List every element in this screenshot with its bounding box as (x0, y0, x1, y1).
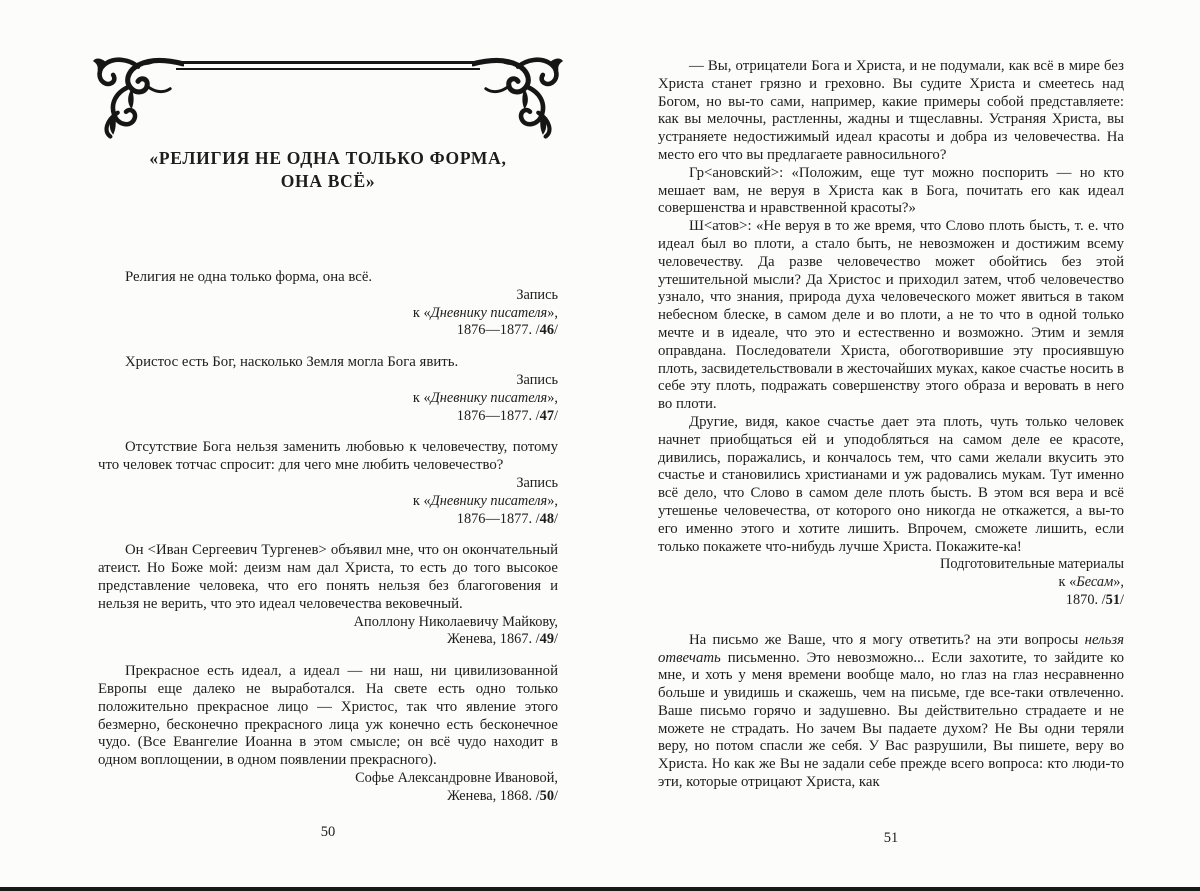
source-line: Подготовительные материалы (658, 556, 1124, 574)
text-segment: / (554, 788, 558, 804)
text-segment: Дневнику писателя (431, 305, 548, 321)
text-segment: », (547, 305, 558, 321)
paragraph: — Вы, отрицатели Бога и Христа, и не под… (658, 58, 1124, 165)
floral-corner-left-icon (92, 55, 184, 139)
source-line: к «Бесам», (658, 574, 1124, 592)
text-segment: 1876—1877. / (457, 322, 540, 338)
text-segment: », (1113, 574, 1124, 590)
text-segment: / (554, 322, 558, 338)
quote-block: Религия не одна только форма, она всё.За… (98, 269, 558, 340)
quote-source: Аполлону Николаевичу Майкову,Женева, 186… (98, 614, 558, 650)
source-line: Запись (98, 287, 558, 305)
chapter-title: «РЕЛИГИЯ НЕ ОДНА ТОЛЬКО ФОРМА, ОНА ВСЁ» (98, 147, 558, 193)
text-segment: Софье Александровне Ивановой, (355, 770, 558, 786)
text-segment: Запись (516, 287, 558, 303)
text-segment: / (554, 511, 558, 527)
quote-block: Христос есть Бог, насколько Земля могла … (98, 354, 558, 425)
text-segment: / (554, 408, 558, 424)
text-segment: к « (413, 390, 431, 406)
quote-source: Записьк «Дневнику писателя»,1876—1877. /… (98, 475, 558, 528)
quote-source: Подготовительные материалык «Бесам»,1870… (658, 556, 1124, 609)
scan-bottom-edge (0, 887, 1200, 891)
source-line: 1876—1877. /46/ (98, 322, 558, 340)
paragraph: Ш<атов>: «Не веруя в то же время, что Сл… (658, 218, 1124, 414)
text-segment: 1876—1877. / (457, 408, 540, 424)
source-line: к «Дневнику писателя», (98, 493, 558, 511)
floral-corner-right-icon (472, 55, 564, 139)
text-segment: Подготовительные материалы (940, 556, 1124, 572)
text-segment: / (1120, 592, 1124, 608)
quote-text: Христос есть Бог, насколько Земля могла … (98, 354, 558, 372)
text-segment: 1876—1877. / (457, 511, 540, 527)
text-segment: к « (413, 305, 431, 321)
text-segment: 51 (1106, 592, 1120, 608)
text-segment: Дневнику писателя (431, 493, 548, 509)
source-line: Запись (98, 475, 558, 493)
quote-source: Записьк «Дневнику писателя»,1876—1877. /… (98, 287, 558, 340)
text-segment: Бесам (1076, 574, 1113, 590)
source-line: к «Дневнику писателя», (98, 390, 558, 408)
quote-block: Он <Иван Сергеевич Тургенев> объявил мне… (98, 542, 558, 649)
text-segment: Ш<атов>: «Не веруя в то же время, что Сл… (658, 218, 1124, 412)
text-segment: к « (1059, 574, 1077, 590)
text-segment: Отсутствие Бога нельзя заменить любовью … (98, 439, 558, 473)
source-line: Софье Александровне Ивановой, (98, 770, 558, 788)
chapter-title-line1: «РЕЛИГИЯ НЕ ОДНА ТОЛЬКО ФОРМА, (98, 147, 558, 170)
text-segment: 49 (540, 631, 554, 647)
quote-text: Он <Иван Сергеевич Тургенев> объявил мне… (98, 542, 558, 613)
text-segment: Аполлону Николаевичу Майкову, (354, 614, 558, 630)
quote-text: Отсутствие Бога нельзя заменить любовью … (98, 439, 558, 475)
text-segment: 46 (540, 322, 554, 338)
text-segment: / (554, 631, 558, 647)
source-line: Женева, 1867. /49/ (98, 631, 558, 649)
left-page: «РЕЛИГИЯ НЕ ОДНА ТОЛЬКО ФОРМА, ОНА ВСЁ» … (98, 55, 558, 806)
text-segment: Запись (516, 372, 558, 388)
source-line: 1876—1877. /48/ (98, 511, 558, 529)
double-rule (176, 61, 480, 70)
right-page: — Вы, отрицатели Бога и Христа, и не под… (658, 58, 1124, 792)
paragraph: Гр<ановский>: «Положим, еще тут можно по… (658, 165, 1124, 218)
body-text-column: — Вы, отрицатели Бога и Христа, и не под… (658, 58, 1124, 792)
text-segment: Дневнику писателя (431, 390, 548, 406)
text-segment: Гр<ановский>: «Положим, еще тут можно по… (658, 165, 1124, 217)
text-segment: Женева, 1868. / (447, 788, 540, 804)
source-line: Аполлону Николаевичу Майкову, (98, 614, 558, 632)
text-segment: — Вы, отрицатели Бога и Христа, и не под… (658, 58, 1124, 163)
text-segment: к « (413, 493, 431, 509)
text-segment: Христос есть Бог, насколько Земля могла … (125, 354, 458, 370)
text-segment: Женева, 1867. / (447, 631, 540, 647)
quote-text: Религия не одна только форма, она всё. (98, 269, 558, 287)
paragraph: Другие, видя, какое счастье дает эта пло… (658, 414, 1124, 556)
source-line: 1870. /51/ (658, 592, 1124, 610)
quote-text: Прекрасное есть идеал, а идеал — ни наш,… (98, 663, 558, 770)
paragraph: На письмо же Ваше, что я могу ответить? … (658, 632, 1124, 792)
quote-source: Софье Александровне Ивановой,Женева, 186… (98, 770, 558, 806)
source-line: Женева, 1868. /50/ (98, 788, 558, 806)
chapter-title-line2: ОНА ВСЁ» (98, 170, 558, 193)
text-segment: На письмо же Ваше, что я могу ответить? … (689, 632, 1085, 648)
text-segment: 47 (540, 408, 554, 424)
quote-block: Отсутствие Бога нельзя заменить любовью … (98, 439, 558, 528)
source-line: 1876—1877. /47/ (98, 408, 558, 426)
text-segment: Запись (516, 475, 558, 491)
text-segment: », (547, 390, 558, 406)
quote-block: Прекрасное есть идеал, а идеал — ни наш,… (98, 663, 558, 805)
header-ornament (98, 55, 558, 139)
page-number-right: 51 (658, 830, 1124, 848)
text-segment: Прекрасное есть идеал, а идеал — ни наш,… (98, 663, 558, 768)
source-line: к «Дневнику писателя», (98, 305, 558, 323)
text-segment: », (547, 493, 558, 509)
text-segment: Другие, видя, какое счастье дает эта пло… (658, 414, 1124, 555)
quote-source: Записьк «Дневнику писателя»,1876—1877. /… (98, 372, 558, 425)
source-line: Запись (98, 372, 558, 390)
text-segment: 50 (540, 788, 554, 804)
text-segment: Религия не одна только форма, она всё. (125, 269, 372, 285)
page-number-left: 50 (98, 824, 558, 842)
quotes-list: Религия не одна только форма, она всё.За… (98, 269, 558, 806)
text-segment: 1870. / (1066, 592, 1106, 608)
text-segment: 48 (540, 511, 554, 527)
text-segment: письменно. Это невозможно... Если захоти… (658, 650, 1124, 791)
text-segment: Он <Иван Сергеевич Тургенев> объявил мне… (98, 542, 558, 611)
